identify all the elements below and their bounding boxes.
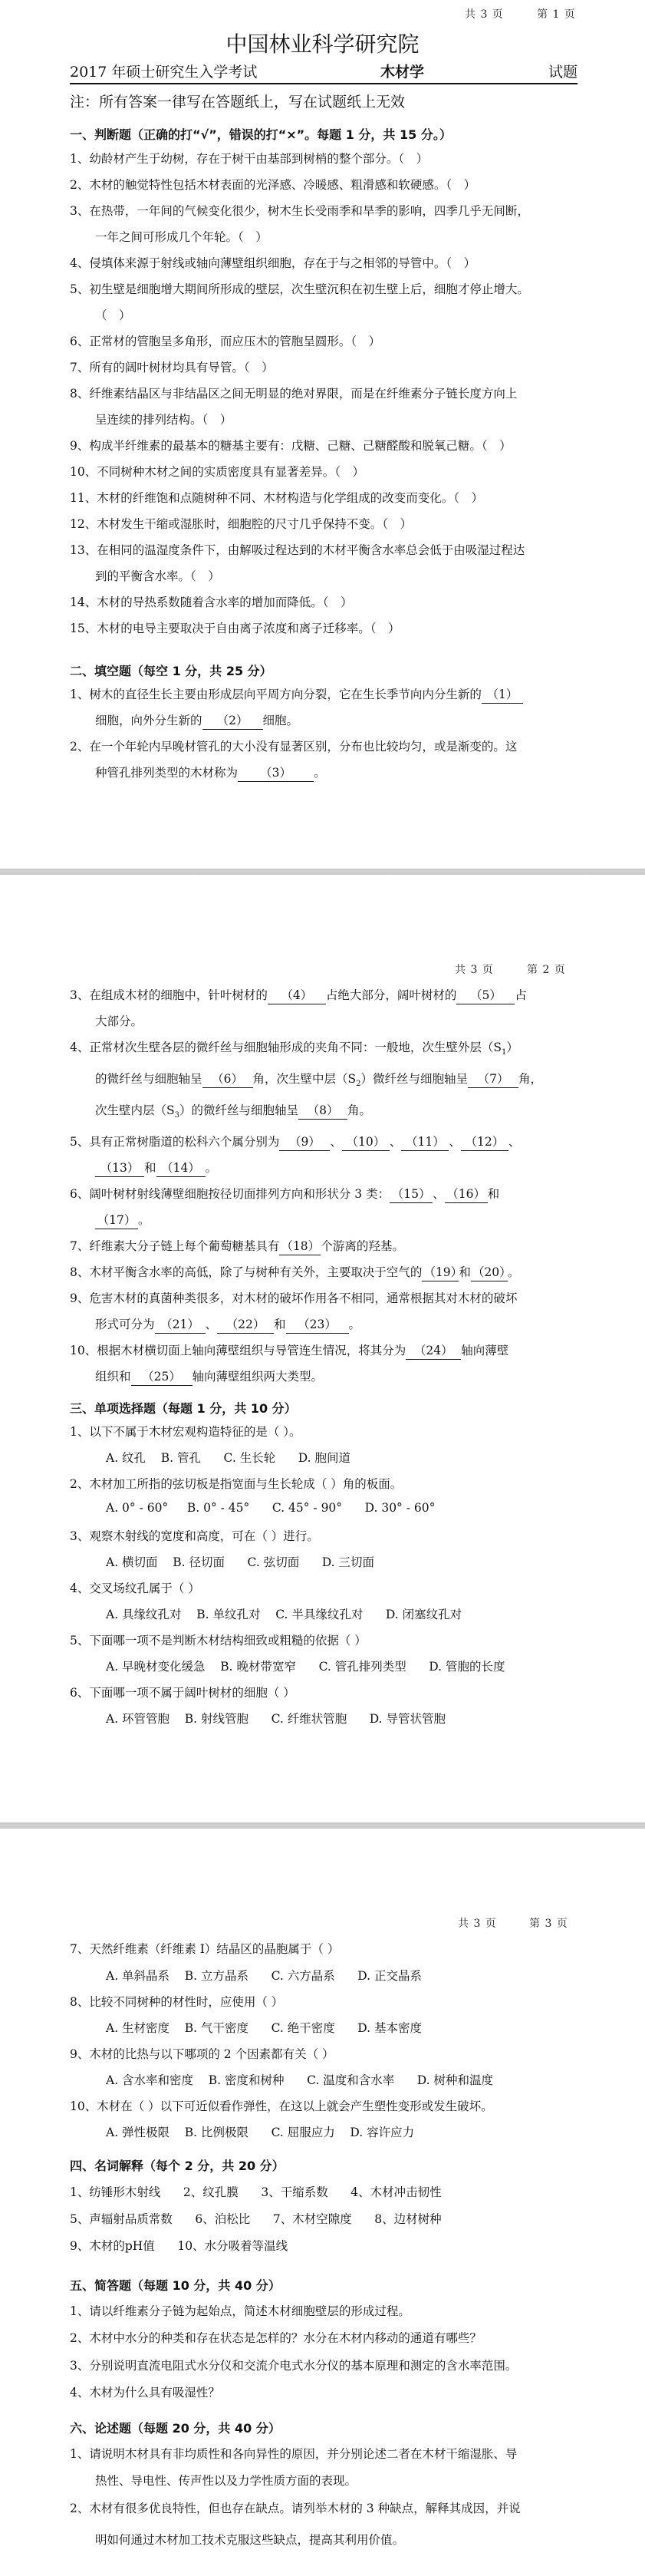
question-2-1: 1、树木的直径生长主要由形成层向平周方向分裂，它在生长季节向内分生新的（1） (70, 681, 576, 707)
essay-question-1: 1、请说明木材具有非均质性和各向异性的原因，并分别论述二者在木材干缩湿胀、导 (70, 2445, 517, 2462)
exam-suffix: 试题 (548, 61, 578, 81)
answer-blank-21: （21） (155, 1316, 206, 1334)
judgement-list: 1、幼龄材产生于幼树，存在于树干由基部到树梢的整个部分。（ ） 2、木材的触觉特… (70, 146, 576, 642)
choice-options-8: A. 生材密度 B. 气干密度 C. 绝干密度 D. 基本密度 (106, 2019, 422, 2036)
question-text: 、 (433, 1187, 445, 1201)
short-answer-1: 1、请以纤维素分子链为起始点，简述木材细胞壁层的形成过程。 (70, 2302, 410, 2319)
choice-options-3: A. 横切面 B. 径切面 C. 弦切面 D. 三切面 (106, 1553, 374, 1570)
section-title-single-choice: 三、单项选择题（每题 1 分，共 10 分） (70, 1399, 297, 1417)
question-1-9: 9、构成半纤维素的最基本的糖基主要有：戊糖、己糖、己糖醛酸和脱氧己糖。（ ） (70, 433, 576, 459)
question-text: 10、根据木材横切面上轴向薄壁组织与导管连生情况，将其分为 (70, 1344, 406, 1357)
choice-options-2: A. 0° - 60° B. 0° - 45° C. 45° - 90° D. … (106, 1501, 435, 1515)
question-text: 7、纤维素大分子链上每个葡萄糖基具有 (70, 1239, 279, 1253)
question-1-8: 8、纤维素结晶区与非结晶区之间无明显的绝对界限，而是在纤维素分子链长度方向上 (70, 381, 576, 407)
question-text: 形式可分为 (95, 1318, 155, 1331)
question-1-12: 12、木材发生干缩或湿胀时，细胞腔的尺寸几乎保持不变。（ ） (70, 511, 576, 537)
answer-blank-24: （24） (406, 1342, 461, 1360)
question-2-2-cont: 种管孔排列类型的木材称为（3）。 (70, 760, 576, 786)
question-text: 、 (390, 1135, 402, 1149)
answer-blank-1: （1） (482, 686, 523, 704)
answer-blank-3: （3） (238, 764, 314, 782)
question-2-1-cont: 细胞，向外分生新的（2）细胞。 (70, 707, 576, 734)
question-text: 角，次生壁中层（S (253, 1072, 357, 1086)
definitions-row-2: 5、声辐射品质常数 6、泊松比 7、木材空隙度 8、边材树种 (70, 2210, 442, 2227)
question-1-13: 13、在相同的温湿度条件下，由解吸过程达到的木材平衡含水率总会低于由吸湿过程达 (70, 537, 576, 563)
page-number: 第 1 页 (537, 6, 576, 21)
fill-blank-list-p1: 1、树木的直径生长主要由形成层向平周方向分裂，它在生长季节向内分生新的（1） 细… (70, 681, 576, 786)
fill-blank-list-p2: 3、在组成木材的细胞中，针叶树材的（4）占绝大部分，阔叶树材的（5）占 大部分。… (70, 982, 576, 1390)
page-separator (0, 1822, 645, 1829)
question-2-6: 6、阔叶树材射线薄壁细胞按径切面排列方向和形状分 3 类：（15）、（16）和 (70, 1181, 576, 1207)
choice-question-7: 7、天然纤维素（纤维素 I）结晶区的晶胞属于（ ） (70, 1940, 339, 1957)
question-text: 和 (488, 1187, 500, 1201)
answer-blank-9: （9） (279, 1133, 330, 1151)
question-1-4: 4、侵填体来源于射线或轴向薄壁组织细胞，存在于与之相邻的导管中。（ ） (70, 250, 576, 276)
answer-blank-25: （25） (131, 1368, 193, 1386)
answer-blank-19: （19） (422, 1264, 459, 1281)
question-text: 组织和 (95, 1370, 131, 1384)
definitions-row-3: 9、木材的pH值 10、水分吸着等温线 (70, 2237, 288, 2254)
short-answer-2: 2、木材中水分的种类和存在状态是怎样的？水分在木材内移动的通道有哪些？ (70, 2329, 482, 2346)
page-total: 共 3 页 (465, 6, 504, 21)
choice-question-6: 6、下面哪一项不属于阔叶树材的细胞（ ） (70, 1684, 295, 1700)
question-text: 、 (449, 1135, 461, 1149)
question-text: ）的微纤丝与细胞轴呈 (179, 1103, 298, 1117)
question-text: 个游离的羟基。 (321, 1239, 404, 1253)
page-number: 第 3 页 (529, 1915, 568, 1931)
answer-blank-23: （23） (286, 1316, 349, 1334)
question-2-4: 4、正常材次生壁各层的微纤丝与细胞轴形成的夹角不同：一般地，次生壁外层（S1） (70, 1034, 576, 1066)
question-text: 5、具有正常树脂道的松科六个属分别为 (70, 1135, 279, 1149)
page-number: 第 2 页 (527, 961, 566, 977)
choice-question-1: 1、以下不属于木材宏观构造特征的是（ ）。 (70, 1423, 301, 1440)
answer-blank-16: （16） (445, 1186, 488, 1203)
question-1-14: 14、木材的导热系数随着含水率的增加而降低。（ ） (70, 589, 576, 615)
exam-page-1: 共 3 页 第 1 页 中国林业科学研究院 2017 年硕士研究生入学考试 木材… (0, 0, 645, 869)
question-text: 4、正常材次生壁各层的微纤丝与细胞轴形成的夹角不同：一般地，次生壁外层（S (70, 1041, 502, 1054)
question-2-5-cont: （13）和（14）。 (70, 1155, 576, 1181)
exam-page-2: 共 3 页 第 2 页 3、在组成木材的细胞中，针叶树材的（4）占绝大部分，阔叶… (0, 875, 645, 1822)
question-text: 细胞，向外分生新的 (95, 714, 202, 727)
choice-options-5: A. 早晚材变化缓急 B. 晚材带宽窄 C. 管孔排列类型 D. 管胞的长度 (106, 1657, 505, 1674)
question-1-6: 6、正常材的管胞呈多角形，而应压木的管胞呈圆形。（ ） (70, 328, 576, 355)
question-1-10: 10、不同树种木材之间的实质密度具有显著差异。（ ） (70, 459, 576, 485)
answer-blank-2: （2） (202, 712, 263, 730)
question-2-2: 2、在一个年轮内早晚材管孔的大小没有显著区别，分布也比较均匀，或是渐变的。这 (70, 734, 576, 760)
short-answer-4: 4、木材为什么具有吸湿性？ (70, 2383, 220, 2400)
exam-subject: 木材学 (380, 61, 424, 81)
answer-blank-22: （22） (217, 1316, 274, 1334)
question-text: 的微纤丝与细胞轴呈 (95, 1072, 202, 1086)
question-text: 次生壁内层（S (95, 1103, 175, 1117)
question-text: 轴向薄壁 (461, 1344, 508, 1357)
definitions-row-1: 1、纺锤形木射线 2、纹孔膜 3、干缩系数 4、木材冲击韧性 (70, 2183, 442, 2200)
question-text: 。 (314, 766, 326, 780)
question-text: 占 (515, 988, 527, 1002)
answer-blank-14: （14） (156, 1159, 206, 1177)
question-1-3-cont: 一年之间可形成几个年轮。（ ） (70, 224, 576, 250)
answer-blank-11: （11） (401, 1133, 449, 1151)
answer-blank-13: （13） (95, 1159, 144, 1177)
answer-blank-15: （15） (390, 1186, 433, 1203)
question-text: 占绝大部分，阔叶树材的 (326, 988, 457, 1002)
short-answer-3: 3、分别说明直流电阻式水分仪和交流介电式水分仪的基本原理和测定的含水率范围。 (70, 2357, 517, 2373)
question-text: 1、树木的直径生长主要由形成层向平周方向分裂，它在生长季节向内分生新的 (70, 688, 482, 701)
answer-blank-20: （20） (471, 1264, 508, 1281)
answer-blank-8: （8） (298, 1102, 347, 1120)
choice-options-1: A. 纹孔 B. 管孔 C. 生长轮 D. 胞间道 (106, 1449, 350, 1466)
question-text: 角， (518, 1072, 542, 1086)
question-1-11: 11、木材的纤维饱和点随树种不同、木材构造与化学组成的改变而变化。（ ） (70, 485, 576, 511)
answer-blank-12: （12） (461, 1133, 508, 1151)
answer-blank-17: （17） (95, 1212, 138, 1229)
answer-blank-4: （4） (268, 987, 326, 1004)
question-text: 角。 (347, 1103, 371, 1117)
question-1-15: 15、木材的电导主要取决于自由离子浓度和离子迁移率。（ ） (70, 615, 576, 642)
page-total: 共 3 页 (458, 1915, 497, 1931)
question-text: 和 (459, 1265, 471, 1279)
question-text: 、 (330, 1135, 342, 1149)
question-2-6-cont: （17）。 (70, 1207, 576, 1233)
question-text: 。 (206, 1161, 218, 1175)
question-text: 、 (508, 1135, 521, 1149)
choice-options-4: A. 具缘纹孔对 B. 单纹孔对 C. 半具缘纹孔对 D. 闭塞纹孔对 (106, 1605, 462, 1622)
exam-page-3: 共 3 页 第 3 页 7、天然纤维素（纤维素 I）结晶区的晶胞属于（ ） A.… (0, 1829, 645, 2576)
question-2-10-cont: 组织和（25）轴向薄壁组织两大类型。 (70, 1364, 576, 1390)
institution-title: 中国林业科学研究院 (0, 28, 645, 58)
question-text: 6、阔叶树材射线薄壁细胞按径切面排列方向和形状分 3 类： (70, 1187, 390, 1201)
choice-question-8: 8、比较不同树种的材性时，应使用（ ） (70, 1993, 283, 2010)
exam-notice: 注：所有答案一律写在答题纸上，写在试题纸上无效 (70, 91, 405, 111)
question-1-13-cont: 到的平衡含水率。（ ） (70, 563, 576, 589)
answer-blank-10: （10） (342, 1133, 390, 1151)
answer-blank-7: （7） (468, 1070, 518, 1088)
question-2-3: 3、在组成木材的细胞中，针叶树材的（4）占绝大部分，阔叶树材的（5）占 (70, 982, 576, 1008)
choice-question-9: 9、木材的比热与以下哪项的 2 个因素都有关（ ） (70, 2045, 334, 2062)
choice-question-10: 10、木材在（ ）以下可近似看作弹性，在这以上就会产生塑性变形或发生破坏。 (70, 2097, 493, 2114)
question-2-7: 7、纤维素大分子链上每个葡萄糖基具有（18）个游离的羟基。 (70, 1233, 576, 1259)
question-text: 种管孔排列类型的木材称为 (95, 766, 238, 780)
question-1-7: 7、所有的阔叶树材均具有导管。（ ） (70, 355, 576, 381)
question-2-9: 9、危害木材的真菌种类很多，对木材的破坏作用各不相同，通常根据其对木材的破坏 (70, 1285, 576, 1311)
section-title-essay: 六、论述题（每题 20 分，共 40 分） (70, 2419, 281, 2436)
question-text: ） (506, 1041, 518, 1054)
page-total: 共 3 页 (455, 961, 494, 977)
choice-question-5: 5、下面哪一项不是判断木材结构细致或粗糙的依据（ ） (70, 1631, 367, 1648)
section-title-short-answer: 五、简答题（每题 10 分，共 40 分） (70, 2276, 281, 2294)
question-text: 轴向薄壁组织两大类型。 (193, 1370, 324, 1384)
question-1-1: 1、幼龄材产生于幼树，存在于树干由基部到树梢的整个部分。（ ） (70, 146, 576, 172)
choice-options-9: A. 含水率和密度 B. 密度和树种 C. 温度和含水率 D. 树种和温度 (106, 2071, 493, 2088)
choice-question-2: 2、木材加工所指的弦切板是指宽面与生长轮成（ ）角的板面。 (70, 1475, 402, 1492)
question-text: 细胞。 (263, 714, 299, 727)
choice-options-10: A. 弹性极限 B. 比例极限 C. 屈服应力 D. 容许应力 (106, 2123, 414, 2140)
question-text: 。 (349, 1318, 361, 1331)
question-2-3-cont: 大部分。 (70, 1008, 576, 1034)
question-2-4-cont: 的微纤丝与细胞轴呈（6）角，次生壁中层（S2）微纤丝与细胞轴呈（7）角， (70, 1066, 576, 1097)
answer-blank-5: （5） (456, 987, 515, 1004)
question-text: 。 (508, 1265, 520, 1279)
question-text: 3、在组成木材的细胞中，针叶树材的 (70, 988, 268, 1002)
answer-blank-18: （18） (279, 1238, 321, 1255)
question-2-4-cont2: 次生壁内层（S3）的微纤丝与细胞轴呈（8）角。 (70, 1097, 576, 1129)
essay-question-2: 2、木材有很多优良特性，但也存在缺点。请列举木材的 3 种缺点，解释其成因，并说 (70, 2499, 521, 2516)
section-title-fill-blank: 二、填空题（每空 1 分，共 25 分） (70, 661, 272, 679)
section-title-judgement: 一、判断题（正确的打“√”，错误的打“×”。每题 1 分，共 15 分。） (70, 125, 452, 143)
question-2-9-cont: 形式可分为（21）、（22）和（23）。 (70, 1311, 576, 1337)
essay-question-2-cont: 明如何通过木材加工技术克服这些缺点，提高其利用价值。 (70, 2531, 404, 2548)
essay-question-1-cont: 热性、导电性、传声性以及力学性质方面的表现。 (70, 2472, 357, 2489)
question-text: 和 (144, 1161, 156, 1175)
question-text: 和 (274, 1318, 286, 1331)
choice-options-7: A. 单斜晶系 B. 立方晶系 C. 六方晶系 D. 正交晶系 (106, 1967, 422, 1984)
question-1-8-cont: 呈连续的排列结构。（ ） (70, 407, 576, 433)
question-text: 。 (138, 1213, 150, 1227)
choice-question-4: 4、交叉场纹孔属于（ ） (70, 1579, 200, 1596)
question-text: ）微纤丝与细胞轴呈 (361, 1072, 469, 1086)
question-2-8: 8、木材平衡含水率的高低，除了与树种有关外，主要取决于空气的（19）和（20）。 (70, 1259, 576, 1285)
question-1-5-cont: （ ） (70, 302, 576, 328)
answer-blank-6: （6） (202, 1070, 253, 1088)
page-separator (0, 869, 645, 875)
question-1-5: 5、初生壁是细胞增大期间所形成的壁层，次生壁沉积在初生壁上后，细胞才停止增大。 (70, 276, 576, 302)
choice-question-3: 3、观察木射线的宽度和高度，可在（ ）进行。 (70, 1527, 319, 1544)
question-text: 8、木材平衡含水率的高低，除了与树种有关外，主要取决于空气的 (70, 1265, 422, 1279)
exam-name: 2017 年硕士研究生入学考试 (70, 61, 257, 81)
question-2-5: 5、具有正常树脂道的松科六个属分别为（9）、（10）、（11）、（12）、 (70, 1129, 576, 1155)
question-text: 、 (206, 1318, 218, 1331)
choice-options-6: A. 环管管胞 B. 射线管胞 C. 纤维状管胞 D. 导管状管胞 (106, 1710, 446, 1727)
question-1-2: 2、木材的触觉特性包括木材表面的光泽感、冷暖感、粗滑感和软硬感。（ ） (70, 172, 576, 198)
question-1-3: 3、在热带，一年间的气候变化很少，树木生长受雨季和旱季的影响，四季几乎无间断， (70, 198, 576, 224)
section-title-definitions: 四、名词解释（每个 2 分，共 20 分） (70, 2156, 285, 2174)
exam-header-line: 2017 年硕士研究生入学考试 木材学 试题 (70, 58, 578, 84)
question-2-10: 10、根据木材横切面上轴向薄壁组织与导管连生情况，将其分为（24）轴向薄壁 (70, 1337, 576, 1364)
